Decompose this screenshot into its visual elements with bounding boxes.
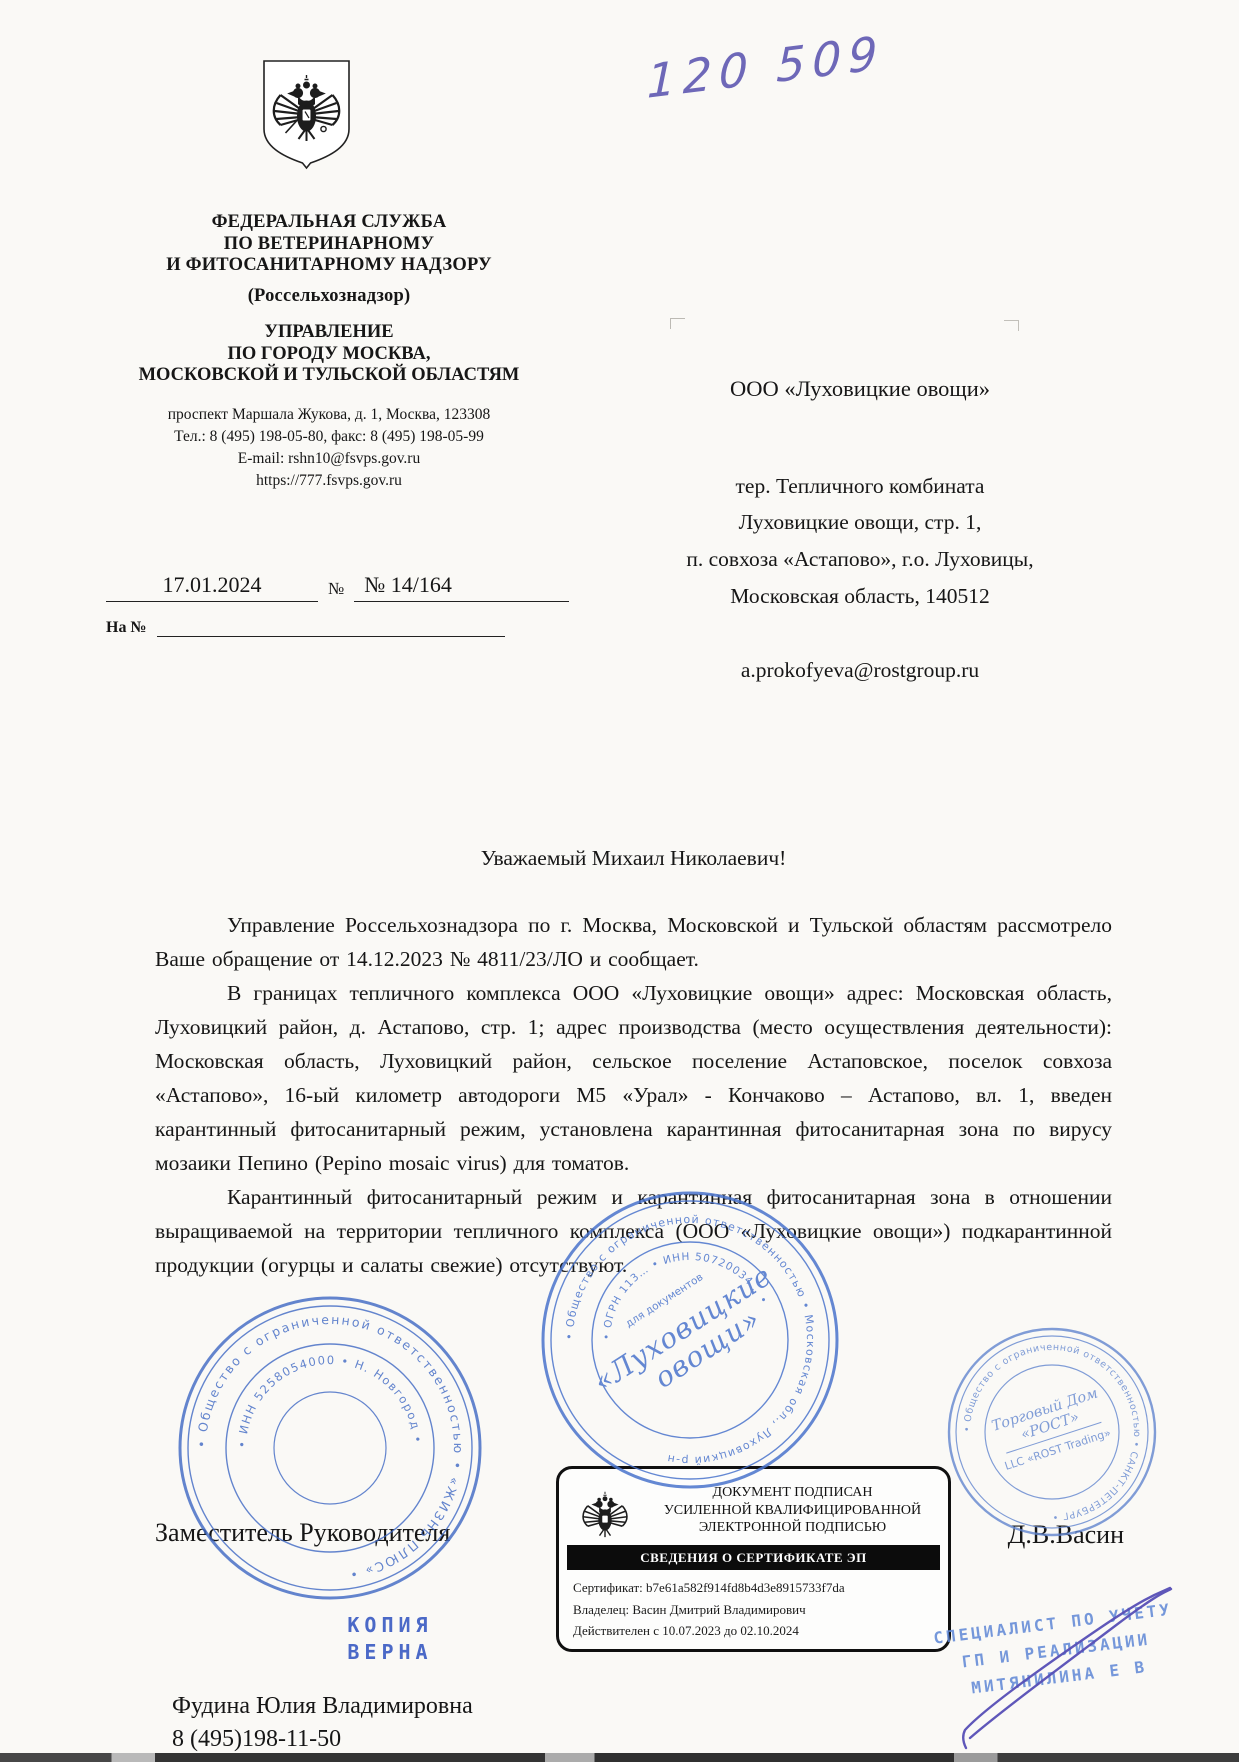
esign-certificate-info: Сертификат: b7e61a582f914fd8b4d3e8915733… <box>573 1577 845 1642</box>
email-address: E-mail: rshn10@fsvps.gov.ru <box>88 448 570 470</box>
department-line: ПО ГОРОДУ МОСКВА, <box>88 344 570 366</box>
letterhead-org-name: ФЕДЕРАЛЬНАЯ СЛУЖБА ПО ВЕТЕРИНАРНОМУ И ФИ… <box>88 212 570 277</box>
department-line: УПРАВЛЕНИЕ <box>88 322 570 344</box>
letter-number: № 14/164 <box>354 572 569 602</box>
certificate-validity: Действителен с 10.07.2023 до 02.10.2024 <box>573 1620 845 1642</box>
copy-verna-stamp: КОПИЯ ВЕРНА <box>330 1612 450 1666</box>
handwritten-signature <box>930 1570 1200 1760</box>
copy-stamp-line: КОПИЯ <box>330 1612 450 1639</box>
letterhead-contacts: проспект Маршала Жукова, д. 1, Москва, 1… <box>88 404 570 492</box>
electronic-signature-box: ДОКУМЕНТ ПОДПИСАН УСИЛЕННОЙ КВАЛИФИЦИРОВ… <box>556 1466 951 1652</box>
department-line: МОСКОВСКОЙ И ТУЛЬСКОЙ ОБЛАСТЯМ <box>88 365 570 387</box>
round-stamp-lukhovitskie-ovoshchi: • Общество с ограниченной ответственност… <box>540 1190 840 1490</box>
coat-of-arms-emblem <box>257 58 356 172</box>
body-paragraph: В границах тепличного комплекса ООО «Лух… <box>155 976 1112 1180</box>
letter-date: 17.01.2024 <box>106 572 318 602</box>
reference-label: На № <box>106 619 157 637</box>
executor-block: Фудина Юлия Владимировна 8 (495)198-11-5… <box>172 1690 473 1756</box>
org-name-line: ФЕДЕРАЛЬНАЯ СЛУЖБА <box>88 212 570 234</box>
letterhead-department: УПРАВЛЕНИЕ ПО ГОРОДУ МОСКВА, МОСКОВСКОЙ … <box>88 322 570 387</box>
recipient-address-line: п. совхоза «Астапово», г.о. Луховицы, <box>592 547 1128 572</box>
number-sign-label: № <box>318 579 354 602</box>
salutation: Уважаемый Михаил Николаевич! <box>155 846 1112 871</box>
reference-blank-line <box>157 616 505 637</box>
scan-corner-mark <box>1004 320 1019 331</box>
org-name-line: И ФИТОСАНИТАРНОМУ НАДЗОРУ <box>88 255 570 277</box>
stamp-ring-text: • Общество с ограниченной ответственност… <box>194 1312 466 1583</box>
esign-title: ДОКУМЕНТ ПОДПИСАН УСИЛЕННОЙ КВАЛИФИЦИРОВ… <box>645 1484 940 1537</box>
recipient-address-line: Луховицкие овощи, стр. 1, <box>592 510 1128 535</box>
double-headed-eagle-shield-icon <box>257 58 356 172</box>
scan-corner-mark <box>670 318 685 329</box>
website-url: https://777.fsvps.gov.ru <box>88 470 570 492</box>
esign-title-line: ЭЛЕКТРОННОЙ ПОДПИСЬЮ <box>645 1519 940 1537</box>
round-stamp-zhizn-plus: • Общество с ограниченной ответственност… <box>178 1296 482 1600</box>
esign-certificate-bar: СВЕДЕНИЯ О СЕРТИФИКАТЕ ЭП <box>567 1545 940 1570</box>
round-stamp-rost-trading: • Общество с ограниченной ответственност… <box>946 1326 1158 1538</box>
reference-row: На № <box>106 616 505 637</box>
recipient-address-line: Московская область, 140512 <box>592 584 1128 609</box>
org-name-line: ПО ВЕТЕРИНАРНОМУ <box>88 234 570 256</box>
esign-eagle-icon <box>577 1487 633 1545</box>
phone-fax: Тел.: 8 (495) 198-05-80, факс: 8 (495) 1… <box>88 426 570 448</box>
body-paragraph: Управление Россельхознадзора по г. Москв… <box>155 908 1112 976</box>
certificate-owner: Владелец: Васин Дмитрий Владимирович <box>573 1599 845 1621</box>
certificate-id: Сертификат: b7e61a582f914fd8b4d3e8915733… <box>573 1577 845 1599</box>
recipient-name: ООО «Луховицкие овощи» <box>592 376 1128 402</box>
recipient-email: a.prokofyeva@rostgroup.ru <box>592 658 1128 683</box>
esign-title-line: УСИЛЕННОЙ КВАЛИФИЦИРОВАННОЙ <box>645 1502 940 1520</box>
recipient-address-line: тер. Тепличного комбината <box>592 474 1128 499</box>
postal-address: проспект Маршала Жукова, д. 1, Москва, 1… <box>88 404 570 426</box>
scanned-letter-page: 120 509 <box>0 0 1239 1762</box>
svg-text:• Общество с ограниченной отве: • Общество с ограниченной ответственност… <box>194 1312 466 1583</box>
executor-phone: 8 (495)198-11-50 <box>172 1723 473 1756</box>
copy-stamp-line: ВЕРНА <box>330 1639 450 1666</box>
date-number-row: 17.01.2024 № № 14/164 <box>106 572 586 602</box>
stamp-center-text: LLC «ROST Trading» <box>1003 1426 1112 1473</box>
handwritten-registration-number: 120 509 <box>646 25 884 109</box>
org-short-name: (Россельхознадзор) <box>88 286 570 308</box>
executor-name: Фудина Юлия Владимировна <box>172 1690 473 1723</box>
